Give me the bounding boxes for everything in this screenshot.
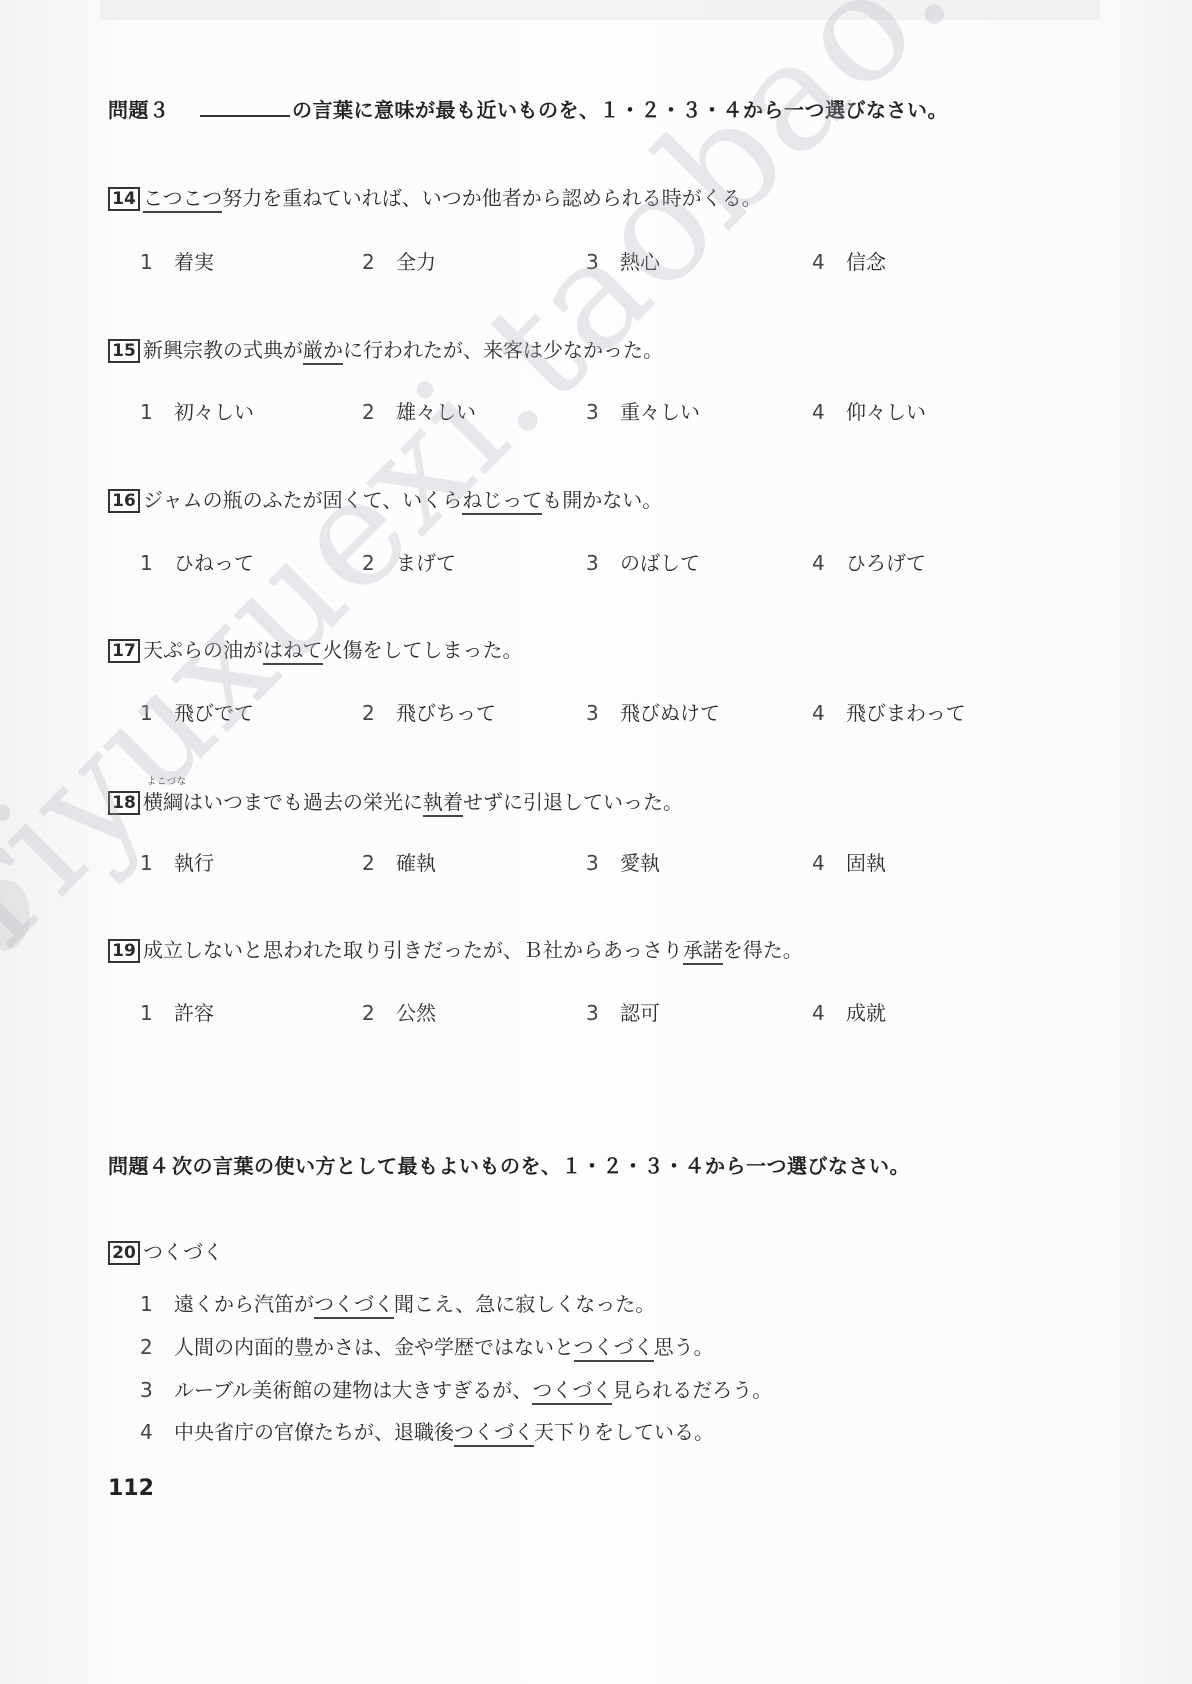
underlined-word: ねじって: [462, 488, 542, 515]
question-text: 天ぷらの油が: [143, 638, 263, 662]
choice-number: 3: [586, 400, 620, 424]
question-number: 17: [108, 639, 140, 663]
choice-number: 1: [140, 1001, 174, 1025]
section-3-instruction: の言葉に意味が最も近いものを、１・２・３・４から一つ選びなさい。: [292, 98, 948, 122]
section-4-label: 問題４: [108, 1150, 150, 1179]
usage-option-1[interactable]: 1遠くから汽笛がつくづく聞こえ、急に寂しくなった。: [140, 1288, 655, 1317]
choice[interactable]: 3のばして: [586, 547, 700, 576]
choice[interactable]: 4信念: [812, 246, 886, 275]
choice-number: 3: [586, 701, 620, 725]
question-text: を得た。: [723, 938, 803, 962]
underlined-word: はねて: [263, 638, 323, 665]
choice[interactable]: 3熱心: [586, 246, 660, 275]
question-text: せずに引退していった。: [463, 790, 683, 814]
choice-number: 2: [362, 250, 396, 274]
question-number: 14: [108, 187, 140, 211]
choice-text: 許容: [174, 1001, 214, 1025]
section-3-label: 問題３: [108, 94, 200, 123]
choice-text: 着実: [174, 250, 214, 274]
choice-text: 飛びちって: [396, 701, 496, 725]
choice-text: 重々しい: [620, 400, 700, 424]
choice-number: 4: [812, 851, 846, 875]
page-number: 112: [108, 1476, 154, 1501]
blank-line: [200, 97, 290, 117]
section-4-instruction: 次の言葉の使い方として最もよいものを、１・２・３・４から一つ選びなさい。: [172, 1154, 910, 1178]
choice[interactable]: 1許容: [140, 997, 214, 1026]
question-text: 新興宗教の式典が: [143, 338, 303, 362]
option-text: 思う。: [654, 1335, 714, 1359]
question-number: 19: [108, 939, 140, 963]
option-text: 聞こえ、急に寂しくなった。: [394, 1292, 655, 1316]
choice[interactable]: 3愛執: [586, 847, 660, 876]
question-number: 15: [108, 339, 140, 363]
choice-text: 仰々しい: [846, 400, 926, 424]
option-number: 4: [140, 1420, 174, 1444]
choice-number: 4: [812, 250, 846, 274]
question-15: 15新興宗教の式典が厳かに行われたが、来客は少なかった。: [108, 334, 663, 363]
option-number: 3: [140, 1378, 174, 1402]
question-18: 18よこづな横綱はいつまでも過去の栄光に執着せずに引退していった。: [108, 786, 683, 815]
target-word: つくづく: [143, 1240, 223, 1264]
choice-text: 飛びぬけて: [620, 701, 720, 725]
section-4-title: 問題４次の言葉の使い方として最もよいものを、１・２・３・４から一つ選びなさい。: [108, 1150, 910, 1179]
choice-number: 4: [812, 701, 846, 725]
ruby-base: 横綱: [143, 790, 183, 814]
question-text: 成立しないと思われた取り引きだったが、Ｂ社からあっさり: [143, 938, 683, 962]
choice[interactable]: 1飛びでて: [140, 697, 254, 726]
choice-number: 1: [140, 851, 174, 875]
choice-number: 2: [362, 551, 396, 575]
choice-text: 執行: [174, 851, 214, 875]
choice[interactable]: 2雄々しい: [362, 396, 476, 425]
option-text: 遠くから汽笛が: [174, 1292, 314, 1316]
question-20: 20つくづく: [108, 1236, 223, 1265]
choice-text: 成就: [846, 1001, 886, 1025]
choice[interactable]: 2まげて: [362, 547, 456, 576]
choice-text: 固執: [846, 851, 886, 875]
usage-option-4[interactable]: 4中央省庁の官僚たちが、退職後つくづく天下りをしている。: [140, 1416, 714, 1445]
choice-number: 1: [140, 551, 174, 575]
choice[interactable]: 2飛びちって: [362, 697, 496, 726]
choice-text: のばして: [620, 551, 700, 575]
choice[interactable]: 1着実: [140, 246, 214, 275]
choice-text: まげて: [396, 551, 456, 575]
option-text: 人間の内面的豊かさは、金や学歴ではないと: [174, 1335, 574, 1359]
choice-text: 愛執: [620, 851, 660, 875]
choice[interactable]: 4飛びまわって: [812, 697, 966, 726]
choice-number: 2: [362, 851, 396, 875]
underlined-word: 執着: [423, 790, 463, 817]
usage-option-3[interactable]: 3ルーブル美術館の建物は大きすぎるが、つくづく見られるだろう。: [140, 1374, 772, 1403]
choice[interactable]: 1執行: [140, 847, 214, 876]
choice-text: ひねって: [174, 551, 254, 575]
ruby-word: よこづな横綱: [143, 786, 183, 815]
choice-text: ひろげて: [846, 551, 926, 575]
choice-number: 1: [140, 701, 174, 725]
choice[interactable]: 1ひねって: [140, 547, 254, 576]
underlined-word: こつこつ: [143, 186, 222, 213]
choice-number: 3: [586, 551, 620, 575]
choice[interactable]: 2公然: [362, 997, 436, 1026]
choice[interactable]: 4成就: [812, 997, 886, 1026]
choice[interactable]: 4ひろげて: [812, 547, 926, 576]
choice-text: 認可: [620, 1001, 660, 1025]
question-number: 20: [108, 1241, 140, 1265]
choice-text: 熱心: [620, 250, 660, 274]
underlined-word: つくづく: [314, 1292, 394, 1319]
choice[interactable]: 2全力: [362, 246, 436, 275]
choice-number: 4: [812, 400, 846, 424]
question-text: ジャムの瓶のふたが固くて、いくら: [143, 488, 462, 512]
underlined-word: 厳か: [303, 338, 343, 365]
scan-smudge: [0, 880, 30, 950]
option-number: 1: [140, 1292, 174, 1316]
option-text: 見られるだろう。: [612, 1378, 772, 1402]
question-17: 17天ぷらの油がはねて火傷をしてしまった。: [108, 634, 523, 663]
choice-number: 2: [362, 400, 396, 424]
choice-text: 公然: [396, 1001, 436, 1025]
option-text: 中央省庁の官僚たちが、退職後: [174, 1420, 454, 1444]
choice-text: 信念: [846, 250, 886, 274]
choice-text: 確執: [396, 851, 436, 875]
choice-number: 2: [362, 1001, 396, 1025]
choice-number: 4: [812, 1001, 846, 1025]
question-14: 14こつこつ努力を重ねていれば、いつか他者から認められる時がくる。: [108, 182, 762, 211]
choice-text: 飛びでて: [174, 701, 254, 725]
choice-number: 3: [586, 250, 620, 274]
choice-text: 初々しい: [174, 400, 254, 424]
choice-number: 3: [586, 851, 620, 875]
choice-number: 2: [362, 701, 396, 725]
choice-number: 1: [140, 250, 174, 274]
choice-text: 全力: [396, 250, 436, 274]
choice-text: 飛びまわって: [846, 701, 966, 725]
choice[interactable]: 2確執: [362, 847, 436, 876]
question-16: 16ジャムの瓶のふたが固くて、いくらねじっても開かない。: [108, 484, 662, 513]
usage-option-2[interactable]: 2人間の内面的豊かさは、金や学歴ではないとつくづく思う。: [140, 1331, 714, 1360]
question-text: も開かない。: [542, 488, 662, 512]
document-page: 問題３の言葉に意味が最も近いものを、１・２・３・４から一つ選びなさい。 14こつ…: [0, 0, 1192, 1684]
choice-number: 3: [586, 1001, 620, 1025]
question-text: 努力を重ねていれば、いつか他者から認められる時がくる。: [222, 186, 762, 210]
option-text: ルーブル美術館の建物は大きすぎるが、: [174, 1378, 532, 1402]
choice-number: 4: [812, 551, 846, 575]
choice-number: 1: [140, 400, 174, 424]
question-text: 火傷をしてしまった。: [323, 638, 523, 662]
choice[interactable]: 3認可: [586, 997, 660, 1026]
underlined-word: つくづく: [532, 1378, 612, 1405]
choice[interactable]: 1初々しい: [140, 396, 254, 425]
option-number: 2: [140, 1335, 174, 1359]
option-text: 天下りをしている。: [534, 1420, 714, 1444]
furigana: よこづな: [147, 774, 187, 787]
underlined-word: 承諾: [683, 938, 723, 965]
choice[interactable]: 4仰々しい: [812, 396, 926, 425]
choice[interactable]: 3重々しい: [586, 396, 700, 425]
choice[interactable]: 3飛びぬけて: [586, 697, 720, 726]
question-19: 19成立しないと思われた取り引きだったが、Ｂ社からあっさり承諾を得た。: [108, 934, 803, 963]
underlined-word: つくづく: [454, 1420, 534, 1447]
choice-text: 雄々しい: [396, 400, 476, 424]
question-number: 18: [108, 791, 140, 815]
question-number: 16: [108, 489, 140, 513]
scan-top-shadow: [100, 0, 1100, 20]
underlined-word: つくづく: [574, 1335, 654, 1362]
question-text: に行われたが、来客は少なかった。: [343, 338, 663, 362]
section-3-title: 問題３の言葉に意味が最も近いものを、１・２・３・４から一つ選びなさい。: [108, 94, 948, 123]
question-text: はいつまでも過去の栄光に: [183, 790, 423, 814]
choice[interactable]: 4固執: [812, 847, 886, 876]
